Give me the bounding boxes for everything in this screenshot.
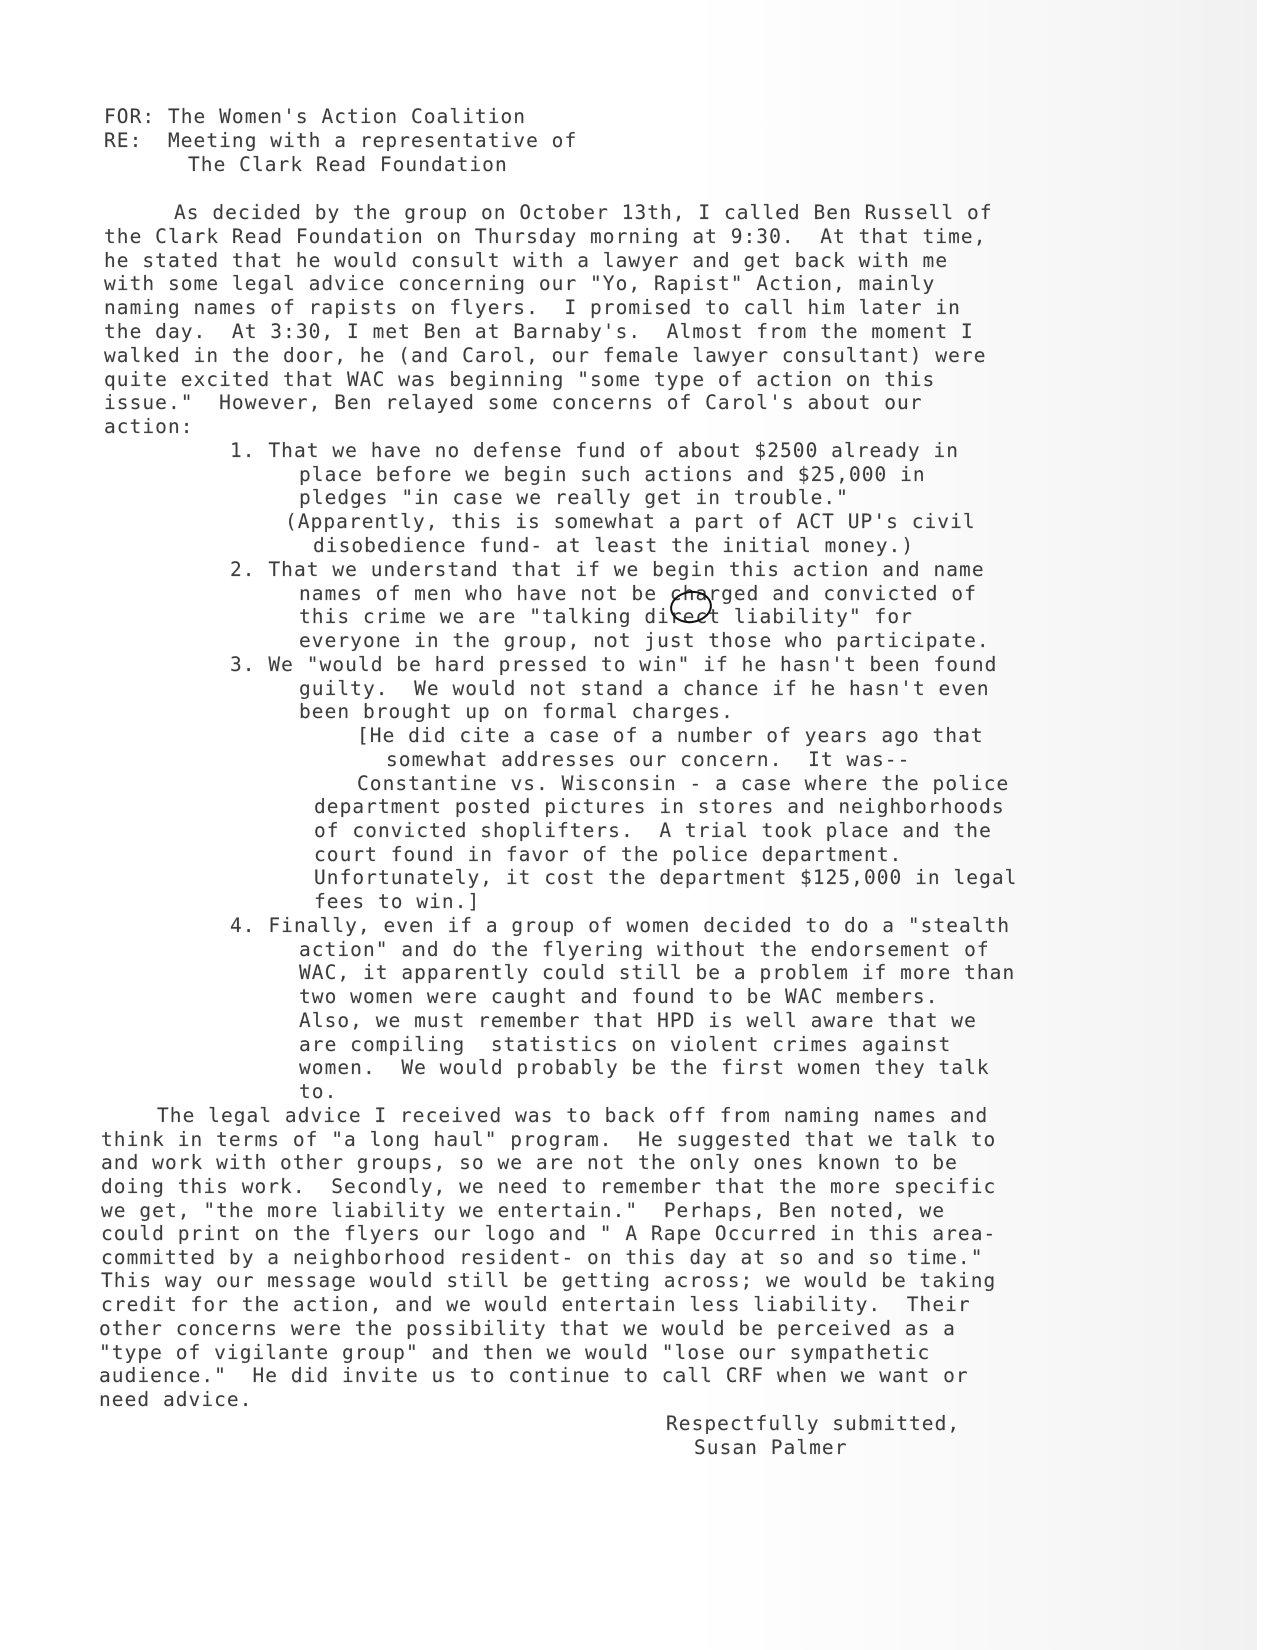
concern-3-note: fees to win.]: [314, 891, 480, 913]
closing-line: and work with other groups, so we are no…: [101, 1152, 958, 1174]
concern-1-line: place before we begin such actions and $…: [299, 464, 926, 486]
concern-4-line: 4. Finally, even if a group of women dec…: [230, 915, 1010, 937]
concern-3-note: somewhat addresses our concern. It was--: [386, 749, 910, 771]
concern-1-line: pledges "in case we really get in troubl…: [299, 487, 849, 509]
closing-line: The legal advice I received was to back …: [157, 1105, 988, 1127]
concern-text: That we have no defense fund of about $2…: [268, 439, 959, 462]
intro-line: issue." However, Ben relayed some concer…: [104, 392, 923, 414]
re-label: RE:: [104, 129, 142, 152]
closing-line: doing this work. Secondly, we need to re…: [101, 1176, 996, 1198]
for-value: The Women's Action Coalition: [168, 105, 526, 128]
header-for-line: FOR: The Women's Action Coalition: [104, 106, 526, 128]
concern-3-line: been brought up on formal charges.: [299, 701, 734, 723]
concern-1-note: disobedience fund- at least the initial …: [313, 535, 914, 557]
concern-3-note: of convicted shoplifters. A trial took p…: [314, 820, 992, 842]
concern-3-line: guilty. We would not stand a chance if h…: [299, 678, 990, 700]
concern-number: 3.: [230, 653, 256, 676]
closing-line: think in terms of "a long haul" program.…: [101, 1129, 996, 1151]
closing-line: could print on the flyers our logo and "…: [101, 1223, 996, 1245]
intro-line: he stated that he would consult with a l…: [104, 250, 948, 272]
concern-2-line: everyone in the group, not just those wh…: [299, 630, 990, 652]
closing-line: other concerns were the possibility that…: [99, 1318, 956, 1340]
concern-3-note: department posted pictures in stores and…: [314, 796, 1005, 818]
concern-4-line: to.: [299, 1081, 337, 1103]
signature-closing: Respectfully submitted,: [666, 1413, 960, 1435]
concern-text: Finally, even if a group of women decide…: [268, 914, 1010, 937]
intro-line: quite excited that WAC was beginning "so…: [104, 369, 935, 391]
concern-4-line: are compiling statistics on violent crim…: [299, 1034, 951, 1056]
intro-line: naming names of rapists on flyers. I pro…: [104, 297, 961, 319]
concern-number: 2.: [230, 558, 256, 581]
closing-line: we get, "the more liability we entertain…: [101, 1200, 945, 1222]
closing-line: need advice.: [99, 1389, 252, 1411]
concern-4-line: WAC, it apparently could still be a prob…: [299, 962, 1015, 984]
closing-line: committed by a neighborhood resident- on…: [101, 1247, 984, 1269]
memo-page: FOR: The Women's Action Coalition RE: Me…: [0, 0, 1275, 1650]
concern-text: That we understand that if we begin this…: [268, 558, 984, 581]
concern-3-note: Constantine vs. Wisconsin - a case where…: [357, 773, 1009, 795]
intro-line: with some legal advice concerning our "Y…: [104, 273, 935, 295]
intro-line: As decided by the group on October 13th,…: [174, 202, 993, 224]
intro-line: the Clark Read Foundation on Thursday mo…: [104, 226, 987, 248]
closing-line: "type of vigilante group" and then we wo…: [99, 1342, 930, 1364]
concern-4-line: Also, we must remember that HPD is well …: [299, 1010, 977, 1032]
concern-3-note: Unfortunately, it cost the department $1…: [314, 867, 1017, 889]
closing-line: audience." He did invite us to continue …: [99, 1365, 969, 1387]
intro-line: the day. At 3:30, I met Ben at Barnaby's…: [104, 321, 974, 343]
concern-4-line: women. We would probably be the first wo…: [299, 1057, 990, 1079]
for-label: FOR:: [104, 105, 155, 128]
concern-text: We "would be hard pressed to win" if he …: [268, 653, 997, 676]
concern-2-line: this crime we are "talking direct liabil…: [299, 606, 913, 628]
concern-number: 4.: [230, 914, 256, 937]
concern-3-line: 3. We "would be hard pressed to win" if …: [230, 654, 997, 676]
intro-line: walked in the door, he (and Carol, our f…: [104, 345, 987, 367]
closing-line: This way our message would still be gett…: [101, 1270, 996, 1292]
concern-1-line: 1. That we have no defense fund of about…: [230, 440, 959, 462]
concern-1-note: (Apparently, this is somewhat a part of …: [285, 511, 976, 533]
concern-number: 1.: [230, 439, 256, 462]
concern-2-line: names of men who have not be charged and…: [299, 583, 977, 605]
intro-line: action:: [104, 416, 194, 438]
closing-line: credit for the action, and we would ente…: [101, 1294, 971, 1316]
concern-4-line: two women were caught and found to be WA…: [299, 986, 939, 1008]
re-value-line1: Meeting with a representative of: [168, 129, 577, 152]
signature-name: Susan Palmer: [694, 1437, 847, 1459]
concern-3-note: [He did cite a case of a number of years…: [357, 725, 984, 747]
concern-3-note: court found in favor of the police depar…: [314, 844, 902, 866]
re-value-line2: The Clark Read Foundation: [188, 154, 508, 176]
header-re-line: RE: Meeting with a representative of: [104, 130, 577, 152]
concern-4-line: action" and do the flyering without the …: [299, 939, 990, 961]
concern-2-line: 2. That we understand that if we begin t…: [230, 559, 985, 581]
